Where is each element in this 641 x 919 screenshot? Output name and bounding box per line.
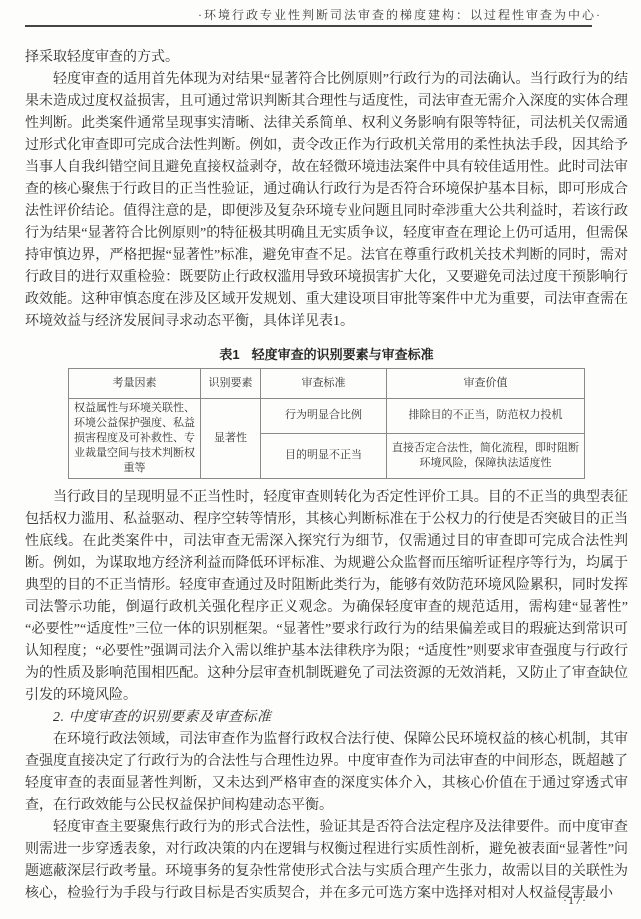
page-content: ·环境行政专业性判断司法审查的梯度建构：以过程性审查为中心· 择采取轻度审查的方… <box>25 8 628 905</box>
table-cell-value: 排除目的不正当，防范权力投机 <box>387 398 585 433</box>
table-cell-element: 显著性 <box>201 398 261 478</box>
paragraph: 在环境行政法领域，司法审查作为监督行政权合法行使、保障公民环境权益的核心机制，其… <box>25 729 628 817</box>
page-number: ·17· <box>563 893 587 908</box>
table-caption-title: 轻度审查的识别要素与审查标准 <box>252 347 434 362</box>
table-row: 权益属性与环境关联性、环境公益保护强度、私益损害程度及可补救性、专业裁量空间与技… <box>69 398 585 433</box>
table-header-cell: 审查标准 <box>261 368 387 398</box>
table-header-cell: 考量因素 <box>69 368 201 398</box>
paper-page: ·环境行政专业性判断司法审查的梯度建构：以过程性审查为中心· 择采取轻度审查的方… <box>0 0 641 919</box>
table-header-cell: 审查价值 <box>387 368 585 398</box>
running-head: ·环境行政专业性判断司法审查的梯度建构：以过程性审查为中心· <box>25 8 628 23</box>
table-header-cell: 识别要素 <box>201 368 261 398</box>
paragraph: 择采取轻度审查的方式。 <box>25 47 628 69</box>
section-heading: 2. 中度审查的识别要素及审查标准 <box>25 707 628 729</box>
table-cell-standard: 目的明显不正当 <box>261 433 387 478</box>
paragraph: 轻度审查的适用首先体现为对结果“显著符合比例原则”行政行为的司法确认。当行政行为… <box>25 69 628 333</box>
paragraph: 轻度审查主要聚焦行政行为的形式合法性，验证其是否符合法定程序及法律要件。而中度审… <box>25 817 628 905</box>
table-cell-factor: 权益属性与环境关联性、环境公益保护强度、私益损害程度及可补救性、专业裁量空间与技… <box>69 398 201 478</box>
header-rule <box>25 25 592 27</box>
table-cell-value: 直接否定合法性，简化流程，即时阻断环境风险，保障执法适度性 <box>387 433 585 478</box>
paragraph: 当行政目的呈现明显不正当性时，轻度审查则转化为否定性评价工具。目的不正当的典型表… <box>25 487 628 707</box>
table-caption: 表1轻度审查的识别要素与审查标准 <box>25 346 628 363</box>
table-header-row: 考量因素 识别要素 审查标准 审查价值 <box>69 368 585 398</box>
table-caption-label: 表1 <box>219 347 239 362</box>
review-standards-table: 考量因素 识别要素 审查标准 审查价值 权益属性与环境关联性、环境公益保护强度、… <box>68 368 585 479</box>
table-cell-standard: 行为明显合比例 <box>261 398 387 433</box>
